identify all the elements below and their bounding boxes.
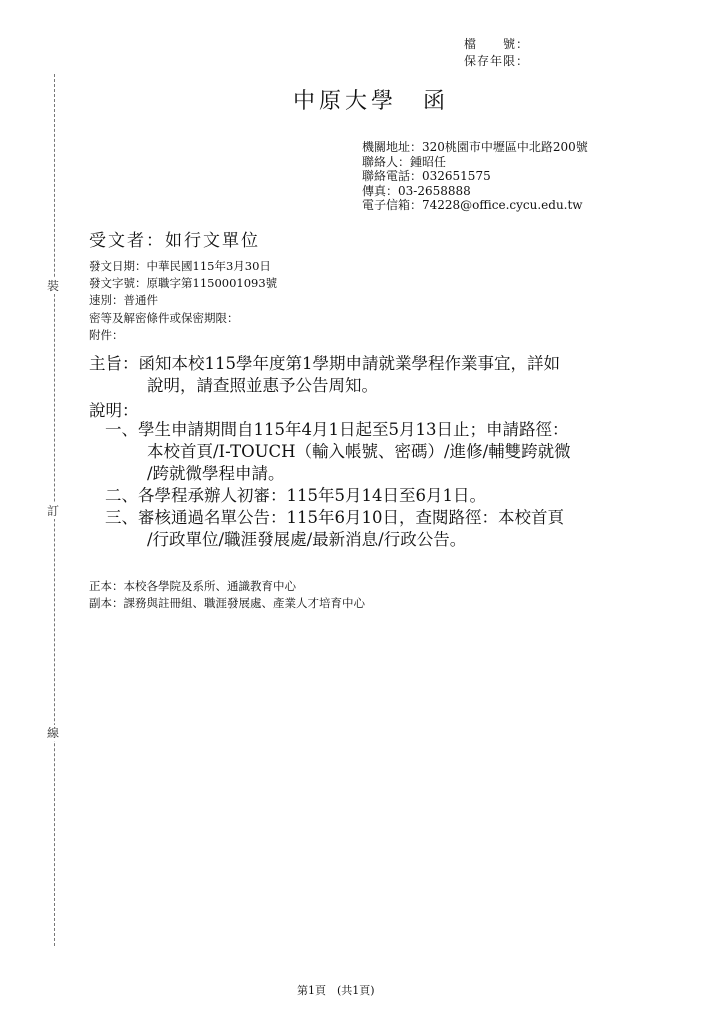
item-line: 二、各學程承辦人初審：115年5月14日至6月1日。 [105, 485, 571, 507]
item-line: /跨就微學程申請。 [105, 463, 571, 485]
item-line: 本校首頁/I-TOUCH（輸入帳號、密碼）/進修/輔雙跨就微 [105, 441, 571, 463]
org-email: 電子信箱：74228@office.cycu.edu.tw [362, 198, 588, 213]
binding-label-ding: 訂 [47, 503, 59, 519]
explanation-item-1: 一、學生申請期間自115年4月1日起至5月13日止；申請路徑： 本校首頁/I-T… [105, 419, 571, 485]
original-recipients: 正本：本校各學院及系所、通識教育中心 [89, 578, 365, 595]
organization-info: 機關地址：320桃園市中壢區中北路200號 聯絡人：鍾昭任 聯絡電話：03265… [362, 140, 588, 213]
org-address: 機關地址：320桃園市中壢區中北路200號 [362, 140, 588, 155]
attachment: 附件： [89, 327, 277, 344]
explanation-item-3: 三、審核通過名單公告：115年6月10日，查閱路徑：本校首頁 /行政單位/職涯發… [105, 507, 571, 551]
org-phone: 聯絡電話：032651575 [362, 169, 588, 184]
explanation-item-2: 二、各學程承辦人初審：115年5月14日至6月1日。 [105, 485, 571, 507]
org-fax: 傳真：03-2658888 [362, 184, 588, 199]
recipient: 受文者：如行文單位 [89, 226, 260, 251]
item-line: 一、學生申請期間自115年4月1日起至5月13日止；申請路徑： [105, 419, 571, 441]
item-line: 三、審核通過名單公告：115年6月10日，查閱路徑：本校首頁 [105, 507, 571, 529]
document-meta: 發文日期：中華民國115年3月30日 發文字號：原職字第1150001093號 … [89, 258, 277, 344]
secrecy-level: 密等及解密條件或保密期限： [89, 310, 277, 327]
document-title: 中原大學 函 [293, 84, 449, 115]
filing-info: 檔 號： 保存年限： [464, 36, 529, 70]
copies: 正本：本校各學院及系所、通識教育中心 副本：課務與註冊組、職涯發展處、產業人才培… [89, 578, 365, 612]
org-contact-person: 聯絡人：鍾昭任 [362, 155, 588, 170]
item-line: /行政單位/職涯發展處/最新消息/行政公告。 [105, 529, 571, 551]
binding-label-zhuang: 裝 [47, 278, 59, 294]
document-number: 發文字號：原職字第1150001093號 [89, 275, 277, 292]
subject-line: 主旨：函知本校115學年度第1學期申請就業學程作業事宜，詳如 [89, 353, 560, 375]
subject: 主旨：函知本校115學年度第1學期申請就業學程作業事宜，詳如 說明，請查照並惠予… [89, 353, 560, 397]
explanation-label: 說明： [89, 397, 139, 421]
issue-date: 發文日期：中華民國115年3月30日 [89, 258, 277, 275]
file-number-label: 檔 號： [464, 36, 529, 53]
explanation-items: 一、學生申請期間自115年4月1日起至5月13日止；申請路徑： 本校首頁/I-T… [105, 419, 571, 551]
delivery-speed: 速別：普通件 [89, 292, 277, 309]
subject-line: 說明，請查照並惠予公告周知。 [89, 375, 560, 397]
page-number: 第1頁 (共1頁) [297, 982, 375, 998]
binding-label-xian: 線 [47, 725, 59, 741]
retention-period-label: 保存年限： [464, 53, 529, 70]
copy-recipients: 副本：課務與註冊組、職涯發展處、產業人才培育中心 [89, 595, 365, 612]
